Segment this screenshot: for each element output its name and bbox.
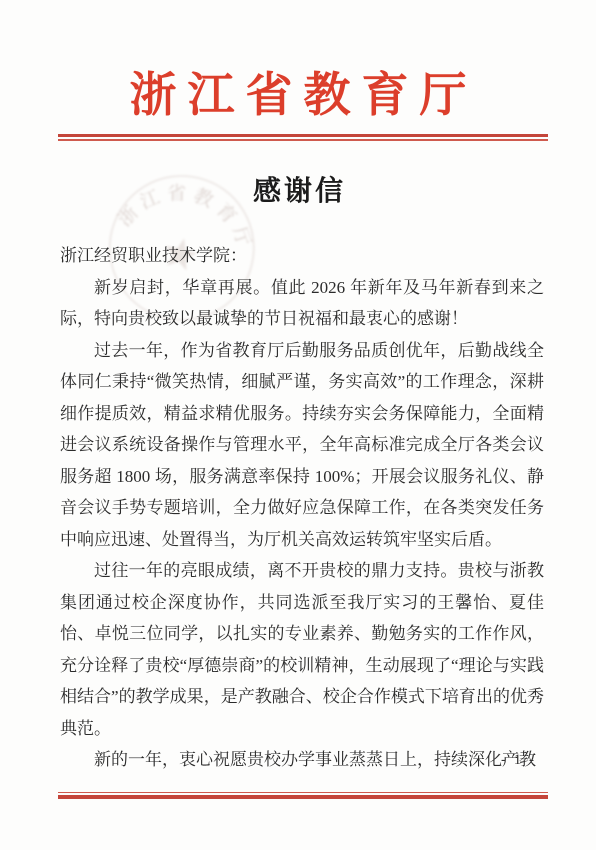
letter-title: 感谢信 — [0, 169, 596, 209]
scanned-letter-page: 浙江省教育厅 感谢信 浙江省教育厅 浙江经贸职业技术学院： 新岁启封，华章再展。… — [0, 0, 596, 850]
paragraph-year-review: 过去一年，作为省教育厅后勤服务品质创优年，后勤战线全体同仁秉持“微笑热情，细腻严… — [60, 335, 544, 556]
letterhead-divider-rule — [58, 134, 548, 141]
letter-body: 浙江经贸职业技术学院： 新岁启封，华章再展。值此 2026 年新年及马年新春到来… — [60, 240, 544, 776]
paragraph-school-support: 过往一年的亮眼成绩，离不开贵校的鼎力支持。贵校与浙教集团通过校企深度协作，共同选… — [60, 555, 544, 744]
rule-thin-line — [58, 139, 548, 141]
page-number: - 1 - — [501, 752, 536, 769]
letterhead-org-name: 浙江省教育厅 — [0, 58, 596, 125]
paragraph-greeting: 新岁启封，华章再展。值此 2026 年新年及马年新春到来之际，特向贵校致以最诚挚… — [60, 272, 544, 335]
rule-thick-line — [58, 795, 548, 799]
paragraph-new-year-wishes: 新的一年，衷心祝愿贵校办学事业蒸蒸日上，持续深化产教 — [60, 744, 544, 776]
salutation: 浙江经贸职业技术学院： — [60, 240, 544, 272]
footer-rule — [58, 792, 548, 799]
